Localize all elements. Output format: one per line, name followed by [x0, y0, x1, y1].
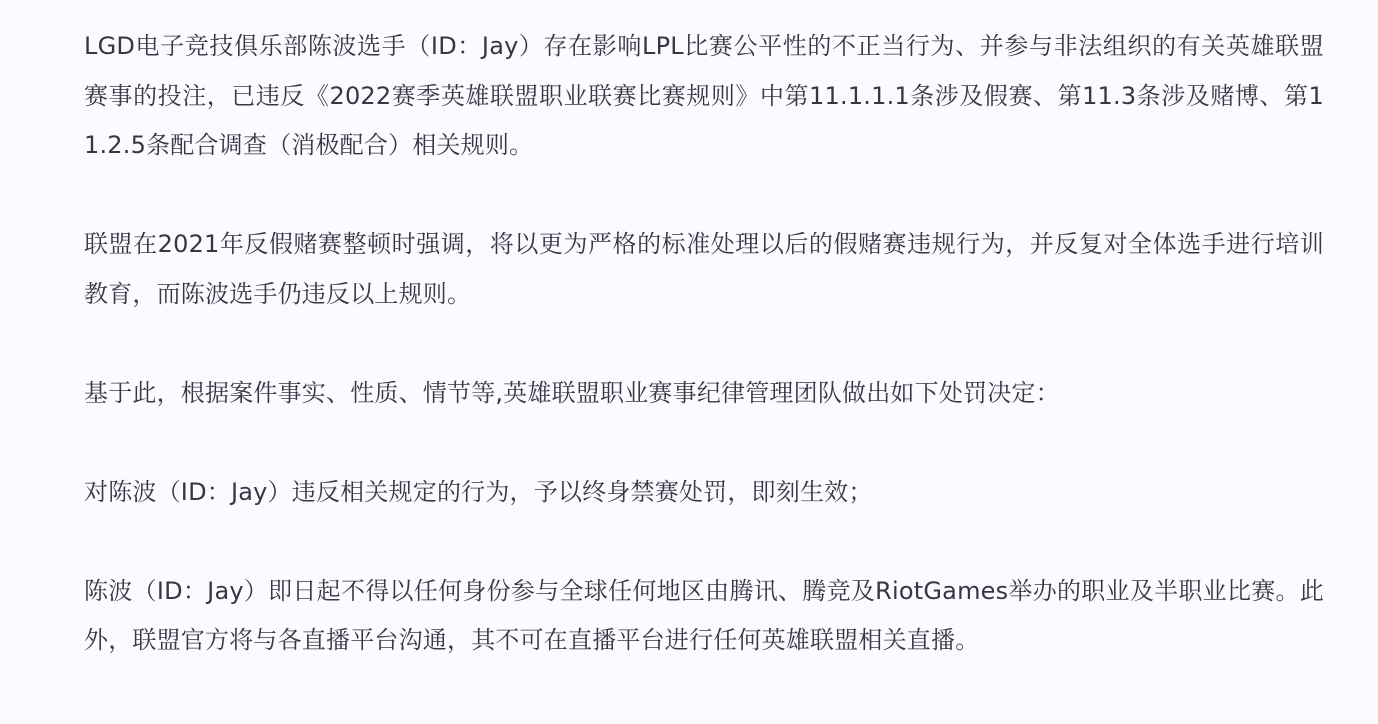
- paragraph-decision-intro: 基于此，根据案件事实、性质、情节等,英雄联盟职业赛事纪律管理团队做出如下处罚决定…: [84, 369, 1324, 419]
- article-body: LGD电子竞技俱乐部陈波选手（ID：Jay）存在影响LPL比赛公平性的不正当行为…: [84, 22, 1324, 666]
- paragraph-lifetime-ban: 对陈波（ID：Jay）违反相关规定的行为，予以终身禁赛处罚，即刻生效；: [84, 468, 1324, 518]
- paragraph-league-emphasis: 联盟在2021年反假赌赛整顿时强调，将以更为严格的标准处理以后的假赌赛违规行为，…: [84, 220, 1324, 319]
- paragraph-ban-details: 陈波（ID：Jay）即日起不得以任何身份参与全球任何地区由腾讯、腾竞及RiotG…: [84, 567, 1324, 666]
- paragraph-violation-summary: LGD电子竞技俱乐部陈波选手（ID：Jay）存在影响LPL比赛公平性的不正当行为…: [84, 22, 1324, 171]
